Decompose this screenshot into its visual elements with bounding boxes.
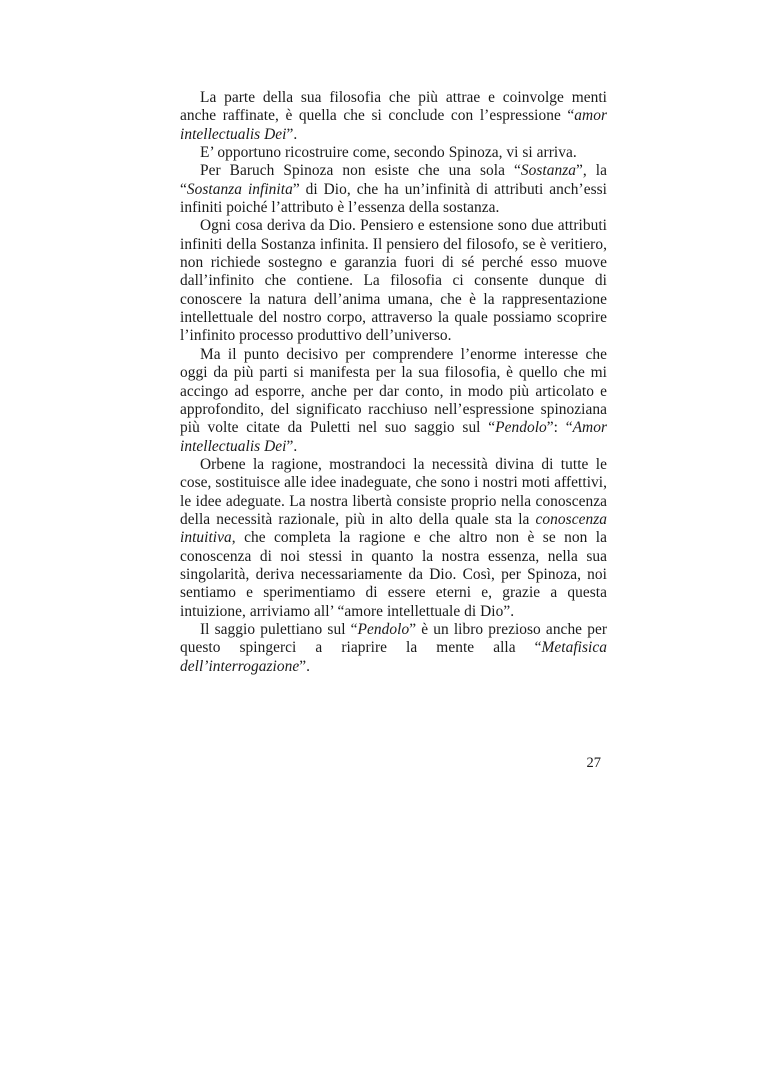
italic-run: Sostanza [521,162,576,179]
italic-run: Pendolo [358,621,410,638]
paragraph: E’ opportuno ricostruire come, secondo S… [180,144,607,162]
text-run: Ogni cosa deriva da Dio. Pensiero e este… [180,217,607,344]
italic-run: Sostanza infinita [187,181,293,198]
text-run: ”. [286,438,297,455]
text-run: ”. [299,658,310,675]
text-run: ”: “ [547,419,573,436]
text-run: La parte della sua filosofia che più att… [180,89,607,124]
text-run: Per Baruch Spinoza non esiste che una so… [200,162,521,179]
text-run: Il saggio pulettiano sul “ [200,621,358,638]
paragraph: La parte della sua filosofia che più att… [180,89,607,144]
body-text: La parte della sua filosofia che più att… [180,89,607,676]
paragraph: Orbene la ragione, mostrandoci la necess… [180,456,607,621]
italic-run: Pendolo [495,419,547,436]
paragraph: Per Baruch Spinoza non esiste che una so… [180,162,607,217]
book-page: La parte della sua filosofia che più att… [0,0,766,1083]
paragraph: Ma il punto decisivo per comprendere l’e… [180,346,607,456]
paragraph: Il saggio pulettiano sul “Pendolo” è un … [180,621,607,676]
paragraph: Ogni cosa deriva da Dio. Pensiero e este… [180,217,607,345]
text-run: E’ opportuno ricostruire come, secondo S… [200,144,577,161]
page-number: 27 [180,755,601,771]
text-run: ”. [286,126,297,143]
text-run: , che completa la ragione e che altro no… [180,529,607,619]
